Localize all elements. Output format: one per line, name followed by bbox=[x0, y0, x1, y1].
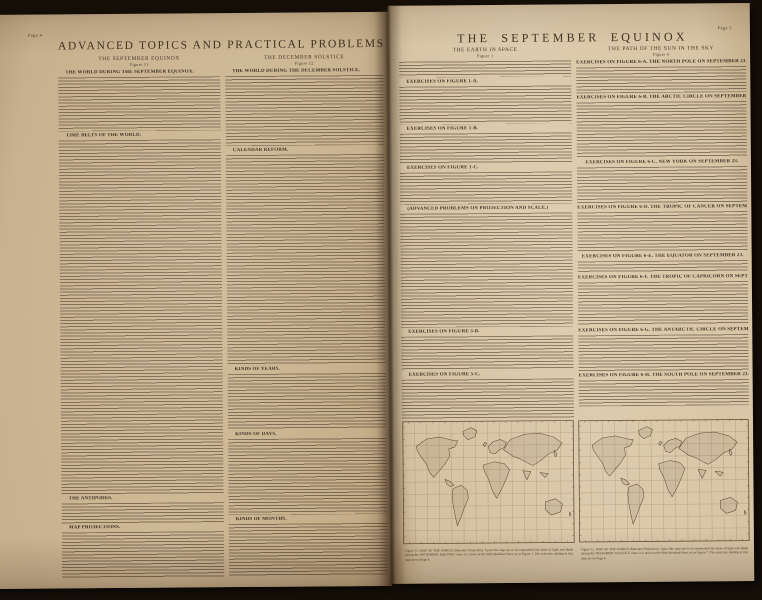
section-heading: KINDS OF YEARS. bbox=[228, 366, 386, 373]
body-text-block bbox=[579, 379, 749, 406]
left-column-1: THE WORLD DURING THE SEPTEMBER EQUINOX. … bbox=[58, 69, 224, 578]
body-text-block bbox=[229, 523, 387, 576]
world-map-mercator-icon bbox=[402, 419, 575, 544]
left-col2-header: THE DECEMBER SOLSTICE Figure 12 bbox=[225, 54, 383, 66]
right-page-title: THE SEPTEMBER EQUINOX bbox=[399, 29, 746, 47]
body-text-block bbox=[58, 76, 220, 131]
scanned-book-spread: Page 4 ADVANCED TOPICS AND PRACTICAL PRO… bbox=[0, 0, 762, 600]
body-text-block bbox=[62, 531, 224, 578]
body-text-block bbox=[399, 85, 571, 124]
world-map-mercator-icon bbox=[578, 418, 750, 543]
body-text-block bbox=[59, 139, 224, 494]
section-heading: KINDS OF MONTHS. bbox=[229, 516, 387, 523]
right-col2-figure-ref: Figure 6 bbox=[576, 51, 746, 57]
body-text-block bbox=[228, 373, 386, 430]
right-col1-header: THE EARTH IN SPACE Figure 1 bbox=[399, 46, 571, 58]
left-col1-header: THE SEPTEMBER EQUINOX Figure 11 bbox=[58, 55, 220, 67]
right-column-2: EXERCISES ON FIGURE 6-A. THE NORTH POLE … bbox=[576, 59, 749, 406]
section-heading: THE WORLD DURING THE SEPTEMBER EQUINOX. bbox=[58, 69, 220, 76]
section-heading: THE WORLD DURING THE DECEMBER SOLSTICE. bbox=[225, 68, 383, 75]
section-heading: KINDS OF DAYS. bbox=[228, 431, 386, 438]
body-text-block bbox=[576, 101, 746, 158]
body-text-block bbox=[399, 60, 571, 77]
section-heading: TIME BELTS OF THE WORLD. bbox=[59, 132, 221, 139]
left-column-2: THE WORLD DURING THE DECEMBER SOLSTICE. … bbox=[225, 68, 387, 576]
left-col1-figure-ref: Figure 11 bbox=[58, 61, 220, 67]
left-col2-figure-ref: Figure 12 bbox=[225, 60, 383, 66]
body-text-block bbox=[402, 378, 574, 419]
body-text-block bbox=[577, 211, 747, 252]
section-heading: CALENDAR REFORM. bbox=[226, 147, 384, 154]
body-text-block bbox=[401, 335, 573, 370]
body-text-block bbox=[578, 260, 748, 273]
figure-11-caption: Figure 11. MAP OF THE WORLD (Mercator Pr… bbox=[405, 547, 573, 561]
body-text-block bbox=[577, 166, 747, 203]
body-text-block bbox=[400, 132, 572, 163]
left-page: Page 4 ADVANCED TOPICS AND PRACTICAL PRO… bbox=[0, 12, 392, 589]
figure-12-map bbox=[578, 418, 750, 543]
body-text-block bbox=[578, 334, 748, 371]
right-col2-header: THE PATH OF THE SUN IN THE SKY Figure 6 bbox=[576, 45, 746, 57]
figure-11-map bbox=[402, 419, 575, 544]
section-heading: THE ANTIPODES. bbox=[62, 495, 224, 502]
section-heading: MAP PROJECTIONS. bbox=[62, 524, 224, 531]
left-page-number: Page 4 bbox=[28, 33, 42, 38]
body-text-block bbox=[400, 171, 572, 204]
body-text-block bbox=[226, 154, 386, 365]
body-text-block bbox=[576, 66, 746, 93]
right-col1-figure-ref: Figure 1 bbox=[399, 52, 571, 58]
body-text-block bbox=[228, 438, 387, 515]
body-text-block bbox=[400, 212, 573, 327]
right-page: Page 5 THE SEPTEMBER EQUINOX THE EARTH I… bbox=[388, 3, 755, 584]
body-text-block bbox=[578, 281, 748, 326]
body-text-block bbox=[225, 75, 384, 146]
left-page-title: ADVANCED TOPICS AND PRACTICAL PROBLEMS bbox=[58, 38, 383, 53]
figure-12-caption: Figure 12. MAP OF THE WORLD (Mercator Pr… bbox=[581, 546, 748, 560]
body-text-block bbox=[62, 502, 224, 523]
right-column-1: EXERCISES ON FIGURE 1-A. EXERCISES ON FI… bbox=[399, 60, 574, 419]
open-book: Page 4 ADVANCED TOPICS AND PRACTICAL PRO… bbox=[0, 3, 758, 591]
